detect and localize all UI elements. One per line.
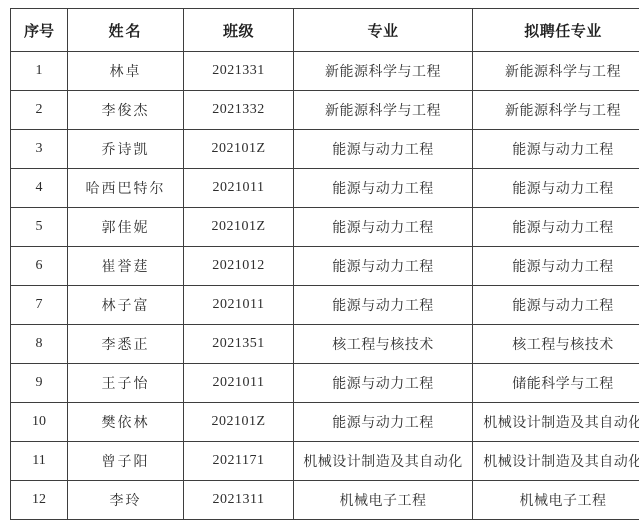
cell-major: 能源与动力工程: [294, 286, 473, 325]
table-row: 7林子富2021011能源与动力工程能源与动力工程: [11, 286, 639, 325]
table-row: 1林卓2021331新能源科学与工程新能源科学与工程: [11, 52, 639, 91]
cell-name: 樊依林: [68, 403, 184, 442]
cell-no: 5: [11, 208, 68, 247]
table-header: 序号 姓名 班级 专业 拟聘任专业: [11, 9, 639, 52]
cell-no: 9: [11, 364, 68, 403]
cell-no: 1: [11, 52, 68, 91]
cell-name: 李悉正: [68, 325, 184, 364]
cell-major: 能源与动力工程: [294, 403, 473, 442]
cell-name: 崔誉莛: [68, 247, 184, 286]
cell-name: 哈西巴特尔: [68, 169, 184, 208]
cell-class: 2021311: [184, 481, 294, 520]
cell-no: 10: [11, 403, 68, 442]
cell-name: 李俊杰: [68, 91, 184, 130]
cell-major: 能源与动力工程: [294, 169, 473, 208]
table-row: 3乔诗凯202101Z能源与动力工程能源与动力工程: [11, 130, 639, 169]
cell-name: 李玲: [68, 481, 184, 520]
table-row: 5郭佳妮202101Z能源与动力工程能源与动力工程: [11, 208, 639, 247]
cell-class: 2021331: [184, 52, 294, 91]
cell-name: 曾子阳: [68, 442, 184, 481]
table-row: 11曾子阳2021171机械设计制造及其自动化机械设计制造及其自动化: [11, 442, 639, 481]
cell-proposed-major: 新能源科学与工程: [473, 91, 639, 130]
cell-class: 202101Z: [184, 130, 294, 169]
cell-major: 能源与动力工程: [294, 364, 473, 403]
cell-no: 4: [11, 169, 68, 208]
cell-proposed-major: 新能源科学与工程: [473, 52, 639, 91]
cell-major: 能源与动力工程: [294, 130, 473, 169]
table-row: 4哈西巴特尔2021011能源与动力工程能源与动力工程: [11, 169, 639, 208]
cell-major: 能源与动力工程: [294, 247, 473, 286]
table-row: 6崔誉莛2021012能源与动力工程能源与动力工程: [11, 247, 639, 286]
cell-major: 机械设计制造及其自动化: [294, 442, 473, 481]
cell-proposed-major: 储能科学与工程: [473, 364, 639, 403]
cell-class: 2021332: [184, 91, 294, 130]
cell-class: 2021011: [184, 286, 294, 325]
header-cell-no: 序号: [11, 9, 68, 52]
cell-proposed-major: 能源与动力工程: [473, 286, 639, 325]
cell-name: 林卓: [68, 52, 184, 91]
cell-class: 202101Z: [184, 208, 294, 247]
cell-proposed-major: 能源与动力工程: [473, 247, 639, 286]
cell-major: 核工程与核技术: [294, 325, 473, 364]
cell-no: 11: [11, 442, 68, 481]
table-row: 8李悉正2021351核工程与核技术核工程与核技术: [11, 325, 639, 364]
cell-proposed-major: 能源与动力工程: [473, 208, 639, 247]
cell-major: 新能源科学与工程: [294, 52, 473, 91]
cell-major: 能源与动力工程: [294, 208, 473, 247]
cell-name: 林子富: [68, 286, 184, 325]
table-row: 2李俊杰2021332新能源科学与工程新能源科学与工程: [11, 91, 639, 130]
table-row: 9王子怡2021011能源与动力工程储能科学与工程: [11, 364, 639, 403]
cell-proposed-major: 能源与动力工程: [473, 169, 639, 208]
cell-no: 2: [11, 91, 68, 130]
table-row: 10樊依林202101Z能源与动力工程机械设计制造及其自动化: [11, 403, 639, 442]
header-cell-name: 姓名: [68, 9, 184, 52]
cell-no: 6: [11, 247, 68, 286]
header-cell-class: 班级: [184, 9, 294, 52]
cell-class: 2021011: [184, 364, 294, 403]
cell-no: 8: [11, 325, 68, 364]
cell-major: 机械电子工程: [294, 481, 473, 520]
cell-major: 新能源科学与工程: [294, 91, 473, 130]
table-row: 12李玲2021311机械电子工程机械电子工程: [11, 481, 639, 520]
cell-proposed-major: 机械电子工程: [473, 481, 639, 520]
cell-name: 王子怡: [68, 364, 184, 403]
cell-proposed-major: 能源与动力工程: [473, 130, 639, 169]
cell-class: 202101Z: [184, 403, 294, 442]
cell-proposed-major: 机械设计制造及其自动化: [473, 403, 639, 442]
cell-class: 2021171: [184, 442, 294, 481]
cell-name: 乔诗凯: [68, 130, 184, 169]
cell-class: 2021351: [184, 325, 294, 364]
header-cell-major: 专业: [294, 9, 473, 52]
header-row: 序号 姓名 班级 专业 拟聘任专业: [11, 9, 639, 52]
cell-class: 2021011: [184, 169, 294, 208]
cell-proposed-major: 核工程与核技术: [473, 325, 639, 364]
cell-class: 2021012: [184, 247, 294, 286]
roster-table: 序号 姓名 班级 专业 拟聘任专业 1林卓2021331新能源科学与工程新能源科…: [10, 8, 639, 520]
table-body: 1林卓2021331新能源科学与工程新能源科学与工程2李俊杰2021332新能源…: [11, 52, 639, 520]
header-cell-proposed-major: 拟聘任专业: [473, 9, 639, 52]
cell-name: 郭佳妮: [68, 208, 184, 247]
roster-table-container: 序号 姓名 班级 专业 拟聘任专业 1林卓2021331新能源科学与工程新能源科…: [10, 8, 639, 520]
cell-no: 12: [11, 481, 68, 520]
cell-no: 7: [11, 286, 68, 325]
cell-proposed-major: 机械设计制造及其自动化: [473, 442, 639, 481]
cell-no: 3: [11, 130, 68, 169]
